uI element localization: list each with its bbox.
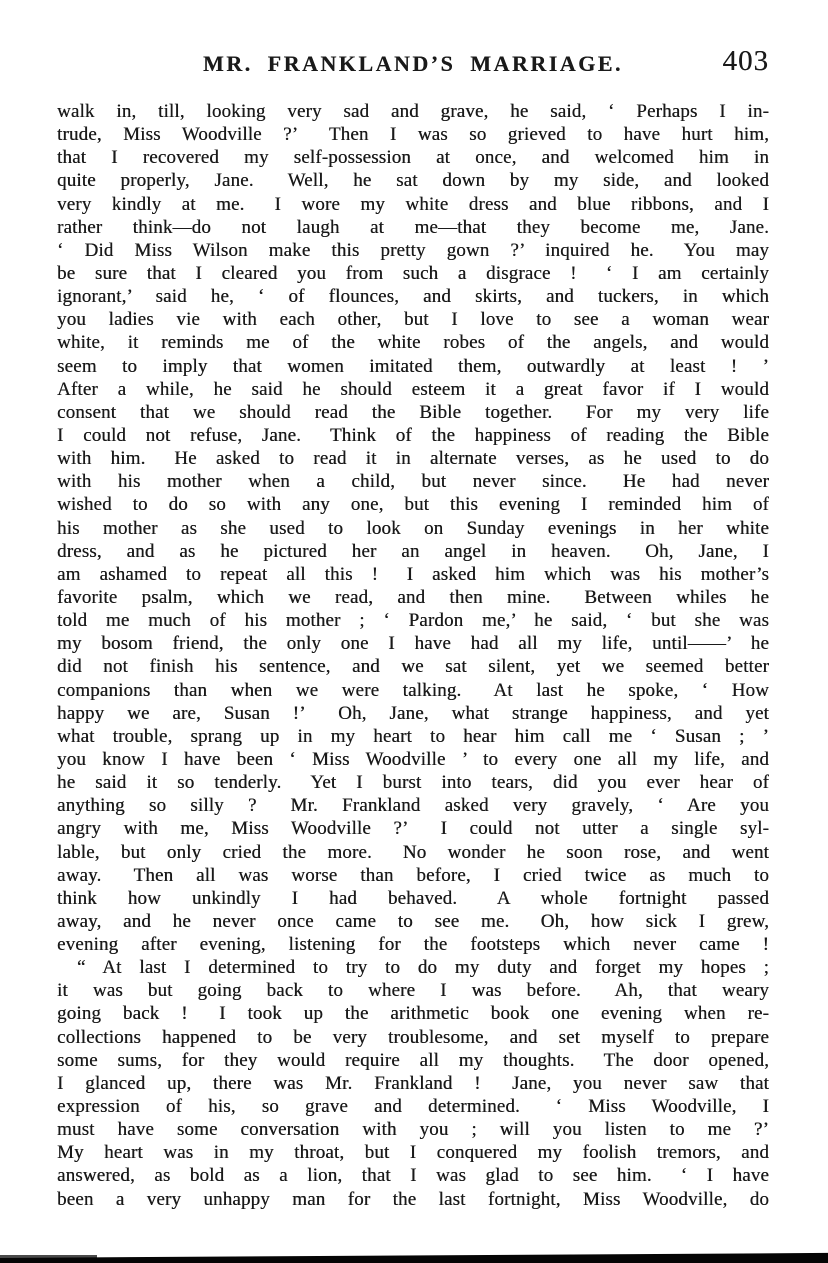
text-line: away. Then all was worse than before, I … xyxy=(57,865,769,888)
page-number: 403 xyxy=(723,44,770,78)
page-header: MR. FRANKLAND’S MARRIAGE. 403 xyxy=(57,50,769,84)
text-line: expression of his, so grave and determin… xyxy=(57,1096,769,1119)
text-line: wished to do so with any one, but this e… xyxy=(57,494,769,517)
text-line: After a while, he said he should esteem … xyxy=(57,379,769,402)
text-line: ignorant,’ said he, ‘ of flounces, and s… xyxy=(57,286,769,309)
text-line: evening after evening, listening for the… xyxy=(57,934,769,957)
text-line: with him. He asked to read it in alterna… xyxy=(57,448,769,471)
text-line: consent that we should read the Bible to… xyxy=(57,402,769,425)
text-line: collections happened to be very troubles… xyxy=(57,1027,769,1050)
text-line: told me much of his mother ; ‘ Pardon me… xyxy=(57,610,769,633)
text-line: be sure that I cleared you from such a d… xyxy=(57,263,769,286)
text-line: I glanced up, there was Mr. Frankland ! … xyxy=(57,1073,769,1096)
text-line: “ At last I determined to try to do my d… xyxy=(57,957,769,980)
text-line: dress, and as he pictured her an angel i… xyxy=(57,541,769,564)
text-line: white, it reminds me of the white robes … xyxy=(57,332,769,355)
text-line: going back ! I took up the arithmetic bo… xyxy=(57,1003,769,1026)
running-title: MR. FRANKLAND’S MARRIAGE. xyxy=(57,50,769,78)
page-body-text: walk in, till, looking very sad and grav… xyxy=(57,101,769,1212)
scan-artifact-bottom-bar xyxy=(0,1251,828,1263)
paragraph: “ At last I determined to try to do my d… xyxy=(57,957,769,1212)
text-line: you ladies vie with each other, but I lo… xyxy=(57,309,769,332)
text-line: that I recovered my self-possession at o… xyxy=(57,147,769,170)
text-line: with his mother when a child, but never … xyxy=(57,471,769,494)
text-line: ‘ Did Miss Wilson make this pretty gown … xyxy=(57,240,769,263)
text-line: walk in, till, looking very sad and grav… xyxy=(57,101,769,124)
text-line: lable, but only cried the more. No wonde… xyxy=(57,842,769,865)
text-line: very kindly at me. I wore my white dress… xyxy=(57,194,769,217)
text-line: am ashamed to repeat all this ! I asked … xyxy=(57,564,769,587)
text-line: answered, as bold as a lion, that I was … xyxy=(57,1165,769,1188)
text-line: favorite psalm, which we read, and then … xyxy=(57,587,769,610)
text-line: anything so silly ? Mr. Frankland asked … xyxy=(57,795,769,818)
text-line: been a very unhappy man for the last for… xyxy=(57,1189,769,1212)
book-page: MR. FRANKLAND’S MARRIAGE. 403 walk in, t… xyxy=(0,0,828,1263)
text-line: what trouble, sprang up in my heart to h… xyxy=(57,726,769,749)
paragraph: walk in, till, looking very sad and grav… xyxy=(57,101,769,957)
text-line: did not finish his sentence, and we sat … xyxy=(57,656,769,679)
text-line: angry with me, Miss Woodville ?’ I could… xyxy=(57,818,769,841)
text-line: think how unkindly I had behaved. A whol… xyxy=(57,888,769,911)
text-line: I could not refuse, Jane. Think of the h… xyxy=(57,425,769,448)
text-line: trude, Miss Woodville ?’ Then I was so g… xyxy=(57,124,769,147)
text-line: his mother as she used to look on Sunday… xyxy=(57,518,769,541)
text-line: it was but going back to where I was bef… xyxy=(57,980,769,1003)
text-line: away, and he never once came to see me. … xyxy=(57,911,769,934)
text-line: companions than when we were talking. At… xyxy=(57,680,769,703)
text-line: seem to imply that women imitated them, … xyxy=(57,356,769,379)
text-line: rather think—do not laugh at me—that the… xyxy=(57,217,769,240)
text-line: must have some conversation with you ; w… xyxy=(57,1119,769,1142)
text-line: my bosom friend, the only one I have had… xyxy=(57,633,769,656)
text-line: some sums, for they would require all my… xyxy=(57,1050,769,1073)
text-line: you know I have been ‘ Miss Woodville ’ … xyxy=(57,749,769,772)
text-line: My heart was in my throat, but I conquer… xyxy=(57,1142,769,1165)
text-line: he said it so tenderly. Yet I burst into… xyxy=(57,772,769,795)
text-line: happy we are, Susan !’ Oh, Jane, what st… xyxy=(57,703,769,726)
text-line: quite properly, Jane. Well, he sat down … xyxy=(57,170,769,193)
